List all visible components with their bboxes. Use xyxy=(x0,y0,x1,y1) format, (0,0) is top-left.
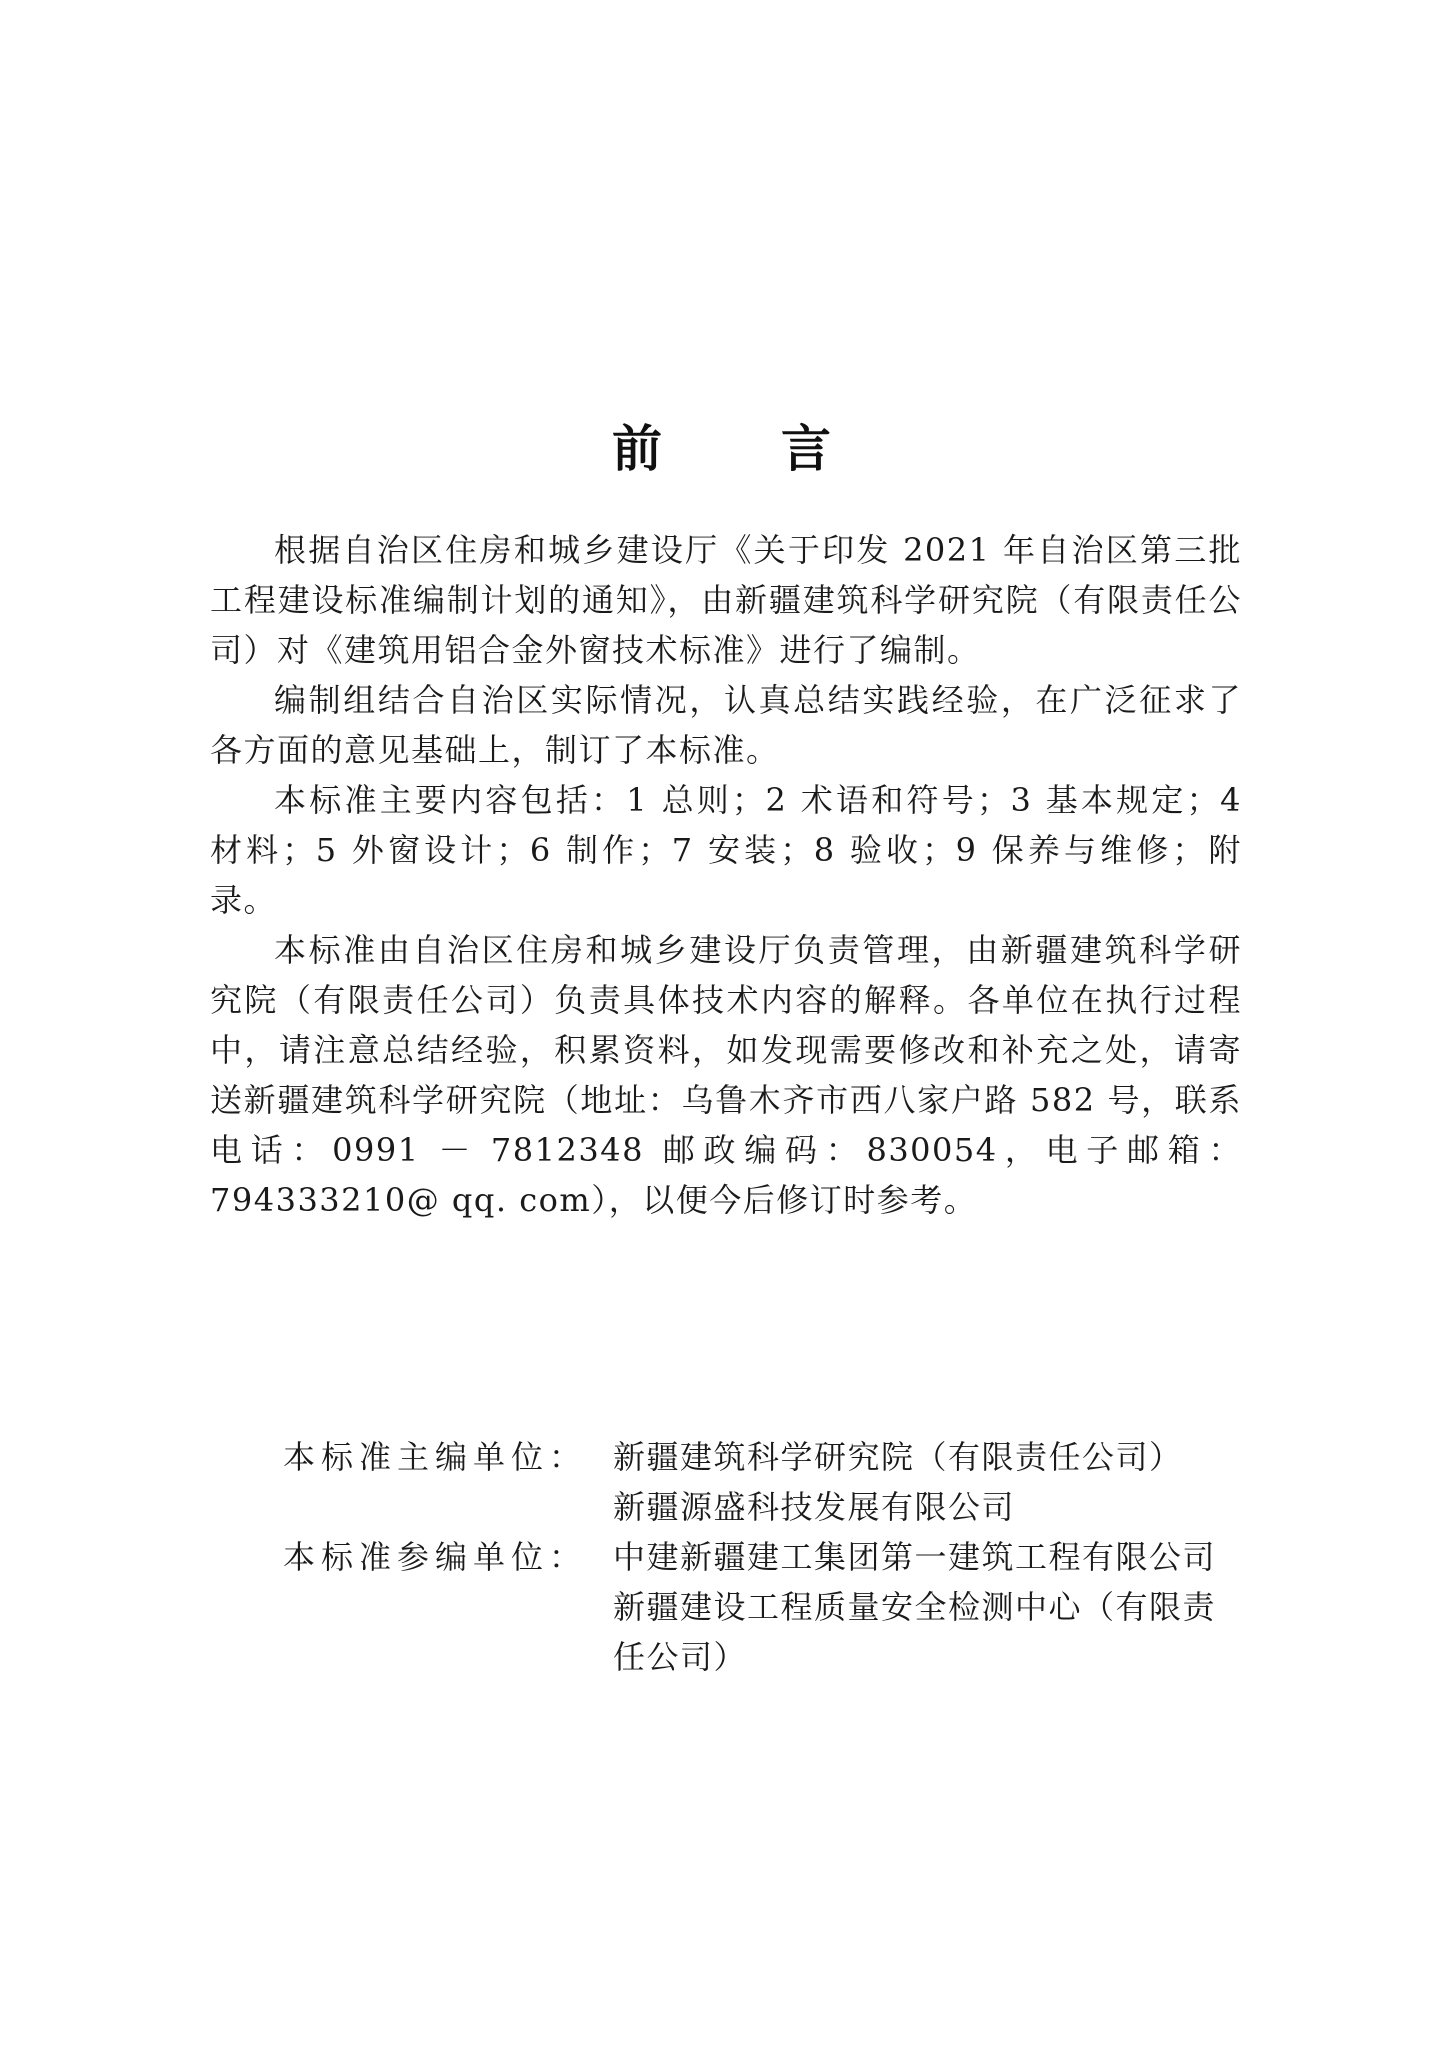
preface-body: 根据自治区住房和城乡建设厅《关于印发 2021 年自治区第三批工程建设标准编制计… xyxy=(210,525,1242,1225)
participating-editing-units-label: 本标准参编单位： xyxy=(283,1532,613,1582)
paragraph-management-contact: 本标准由自治区住房和城乡建设厅负责管理，由新疆建筑科学研究院（有限责任公司）负责… xyxy=(210,925,1242,1225)
participating-editing-units: 本标准参编单位： 中建新疆建工集团第一建筑工程有限公司 新疆建设工程质量安全检测… xyxy=(283,1532,1243,1682)
paragraph-compilation-basis: 根据自治区住房和城乡建设厅《关于印发 2021 年自治区第三批工程建设标准编制计… xyxy=(210,525,1242,675)
paragraph-main-contents: 本标准主要内容包括：1 总则；2 术语和符号；3 基本规定；4 材料；5 外窗设… xyxy=(210,775,1242,925)
org-name: 中建新疆建工集团第一建筑工程有限公司 xyxy=(613,1532,1243,1582)
editing-units: 本标准主编单位： 新疆建筑科学研究院（有限责任公司） 新疆源盛科技发展有限公司 … xyxy=(283,1432,1243,1682)
paragraph-compilation-process: 编制组结合自治区实际情况，认真总结实践经验，在广泛征求了各方面的意见基础上，制订… xyxy=(210,675,1242,775)
org-name: 新疆建筑科学研究院（有限责任公司） xyxy=(613,1432,1243,1482)
chief-editing-units-list: 新疆建筑科学研究院（有限责任公司） 新疆源盛科技发展有限公司 xyxy=(613,1432,1243,1532)
chief-editing-units: 本标准主编单位： 新疆建筑科学研究院（有限责任公司） 新疆源盛科技发展有限公司 xyxy=(283,1432,1243,1532)
page-title-char-2: 言 xyxy=(781,419,831,479)
document-page: 前 言 根据自治区住房和城乡建设厅《关于印发 2021 年自治区第三批工程建设标… xyxy=(0,0,1447,2048)
org-name: 新疆源盛科技发展有限公司 xyxy=(613,1482,1243,1532)
page-title-char-1: 前 xyxy=(612,419,662,479)
chief-editing-units-label: 本标准主编单位： xyxy=(283,1432,613,1482)
participating-editing-units-list: 中建新疆建工集团第一建筑工程有限公司 新疆建设工程质量安全检测中心（有限责任公司… xyxy=(613,1532,1243,1682)
org-name: 新疆建设工程质量安全检测中心（有限责任公司） xyxy=(613,1582,1243,1682)
